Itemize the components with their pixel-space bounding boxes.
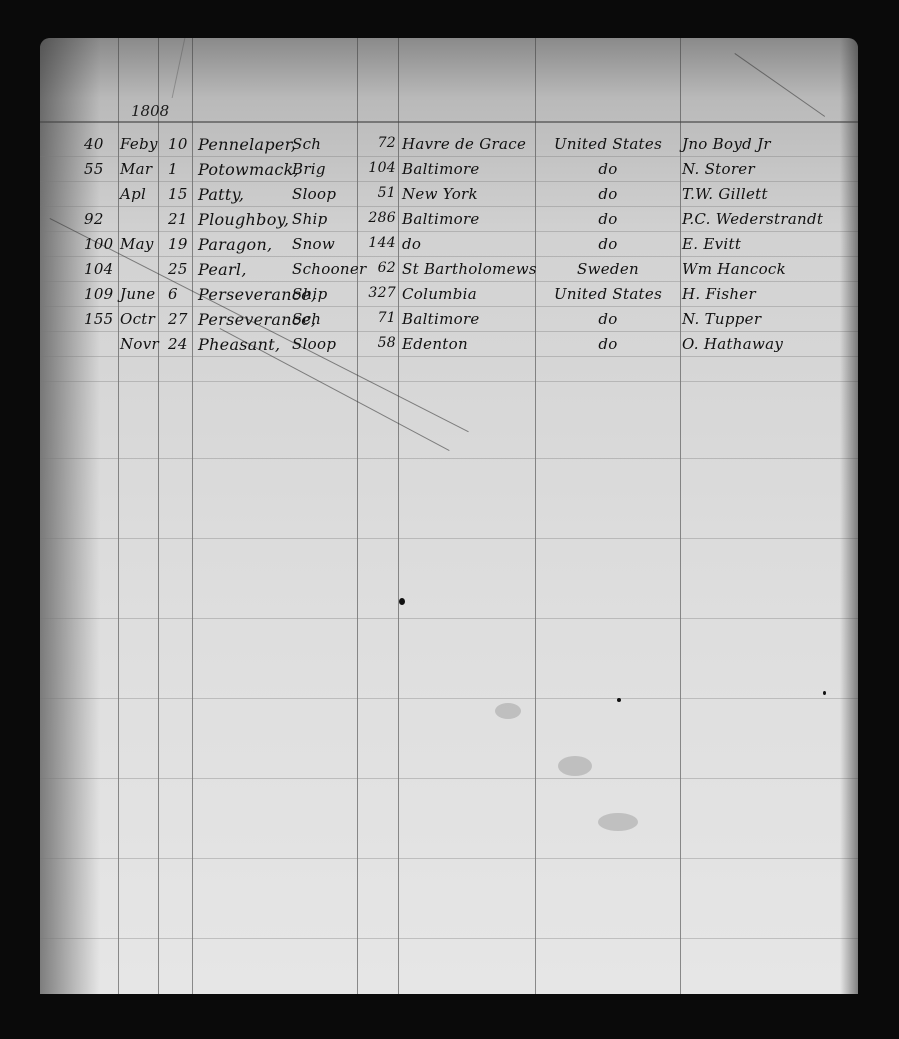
home-port: do bbox=[402, 235, 537, 253]
master-name: E. Evitt bbox=[682, 235, 852, 253]
tonnage: 62 bbox=[362, 260, 396, 276]
stain bbox=[598, 813, 638, 831]
master-name: Jno Boyd Jr bbox=[682, 135, 852, 153]
home-port: Columbia bbox=[402, 285, 537, 303]
row-rule bbox=[40, 938, 858, 939]
entry-day: 21 bbox=[168, 210, 192, 228]
vessel-rig: Sch bbox=[292, 310, 352, 328]
entry-month: May bbox=[120, 235, 160, 253]
diagonal-stroke bbox=[734, 53, 825, 117]
master-name: H. Fisher bbox=[682, 285, 852, 303]
entry-month: Mar bbox=[120, 160, 160, 178]
nation: do bbox=[538, 185, 678, 203]
vessel-rig: Snow bbox=[292, 235, 352, 253]
tonnage: 104 bbox=[362, 160, 396, 176]
master-name: N. Storer bbox=[682, 160, 852, 178]
entry-month: Feby bbox=[120, 135, 160, 153]
nation: do bbox=[538, 335, 678, 353]
ink-spot bbox=[617, 698, 621, 702]
entry-day: 15 bbox=[168, 185, 192, 203]
nation: do bbox=[538, 160, 678, 178]
entry-day: 10 bbox=[168, 135, 192, 153]
ledger-row: 100 May 19 Paragon, Snow 144 do do E. Ev… bbox=[40, 235, 858, 257]
year-header: 1808 bbox=[131, 102, 169, 120]
stain bbox=[495, 703, 521, 719]
ledger-row: 155 Octr 27 Perseverance, Sch 71 Baltimo… bbox=[40, 310, 858, 332]
vessel-rig: Ship bbox=[292, 210, 352, 228]
entry-day: 27 bbox=[168, 310, 192, 328]
ledger-row: 92 21 Ploughboy, Ship 286 Baltimore do P… bbox=[40, 210, 858, 232]
vessel-rig: Schooner bbox=[292, 260, 352, 278]
stain bbox=[558, 756, 592, 776]
nation: United States bbox=[538, 135, 678, 153]
row-rule bbox=[40, 458, 858, 459]
entry-number: 92 bbox=[84, 210, 120, 228]
entry-day: 6 bbox=[168, 285, 192, 303]
tonnage: 144 bbox=[362, 235, 396, 251]
ledger-row: 40 Feby 10 Pennelaper, Sch 72 Havre de G… bbox=[40, 135, 858, 157]
nation: United States bbox=[538, 285, 678, 303]
home-port: Havre de Grace bbox=[402, 135, 537, 153]
entry-month: June bbox=[120, 285, 160, 303]
page-fold bbox=[112, 38, 186, 98]
row-rule bbox=[40, 381, 858, 382]
entry-number: 40 bbox=[84, 135, 120, 153]
ledger-row: Novr 24 Pheasant, Sloop 58 Edenton do O.… bbox=[40, 335, 858, 357]
master-name: T.W. Gillett bbox=[682, 185, 852, 203]
home-port: Baltimore bbox=[402, 210, 537, 228]
nation: do bbox=[538, 210, 678, 228]
tonnage: 58 bbox=[362, 335, 396, 351]
home-port: New York bbox=[402, 185, 537, 203]
ledger-row: 104 25 Pearl, Schooner 62 St Bartholomew… bbox=[40, 260, 858, 282]
nation: do bbox=[538, 235, 678, 253]
tonnage: 327 bbox=[362, 285, 396, 301]
ink-spot bbox=[399, 598, 405, 605]
row-rule bbox=[40, 618, 858, 619]
ledger-row: Apl 15 Patty, Sloop 51 New York do T.W. … bbox=[40, 185, 858, 207]
master-name: N. Tupper bbox=[682, 310, 852, 328]
vessel-rig: Sch bbox=[292, 135, 352, 153]
entry-day: 19 bbox=[168, 235, 192, 253]
entry-number: 155 bbox=[84, 310, 120, 328]
tonnage: 71 bbox=[362, 310, 396, 326]
vessel-rig: Sloop bbox=[292, 185, 352, 203]
entry-number: 104 bbox=[84, 260, 120, 278]
entry-number: 55 bbox=[84, 160, 120, 178]
ledger-row: 109 June 6 Perseverance, Ship 327 Columb… bbox=[40, 285, 858, 307]
tonnage: 286 bbox=[362, 210, 396, 226]
master-name: P.C. Wederstrandt bbox=[682, 210, 852, 228]
tonnage: 72 bbox=[362, 135, 396, 151]
entry-number: 109 bbox=[84, 285, 120, 303]
entry-month: Apl bbox=[120, 185, 160, 203]
home-port: Edenton bbox=[402, 335, 537, 353]
nation: Sweden bbox=[538, 260, 678, 278]
entry-number: 100 bbox=[84, 235, 120, 253]
entry-day: 25 bbox=[168, 260, 192, 278]
master-name: O. Hathaway bbox=[682, 335, 852, 353]
master-name: Wm Hancock bbox=[682, 260, 852, 278]
vessel-rig: Sloop bbox=[292, 335, 352, 353]
ledger-page: 1808 40 Feby 10 Pennelaper, Sch 72 Havre… bbox=[40, 38, 858, 994]
row-rule bbox=[40, 538, 858, 539]
home-port: St Bartholomews bbox=[402, 260, 537, 278]
vessel-rig: Brig bbox=[292, 160, 352, 178]
vessel-rig: Ship bbox=[292, 285, 352, 303]
row-rule bbox=[40, 698, 858, 699]
ledger-row: 55 Mar 1 Potowmack, Brig 104 Baltimore d… bbox=[40, 160, 858, 182]
nation: do bbox=[538, 310, 678, 328]
home-port: Baltimore bbox=[402, 160, 537, 178]
home-port: Baltimore bbox=[402, 310, 537, 328]
entry-day: 24 bbox=[168, 335, 192, 353]
row-rule bbox=[40, 778, 858, 779]
entry-day: 1 bbox=[168, 160, 192, 178]
ink-spot bbox=[823, 691, 826, 695]
tonnage: 51 bbox=[362, 185, 396, 201]
row-rule bbox=[40, 858, 858, 859]
entry-month: Octr bbox=[120, 310, 160, 328]
entry-month: Novr bbox=[120, 335, 160, 353]
header-rule bbox=[40, 121, 858, 123]
